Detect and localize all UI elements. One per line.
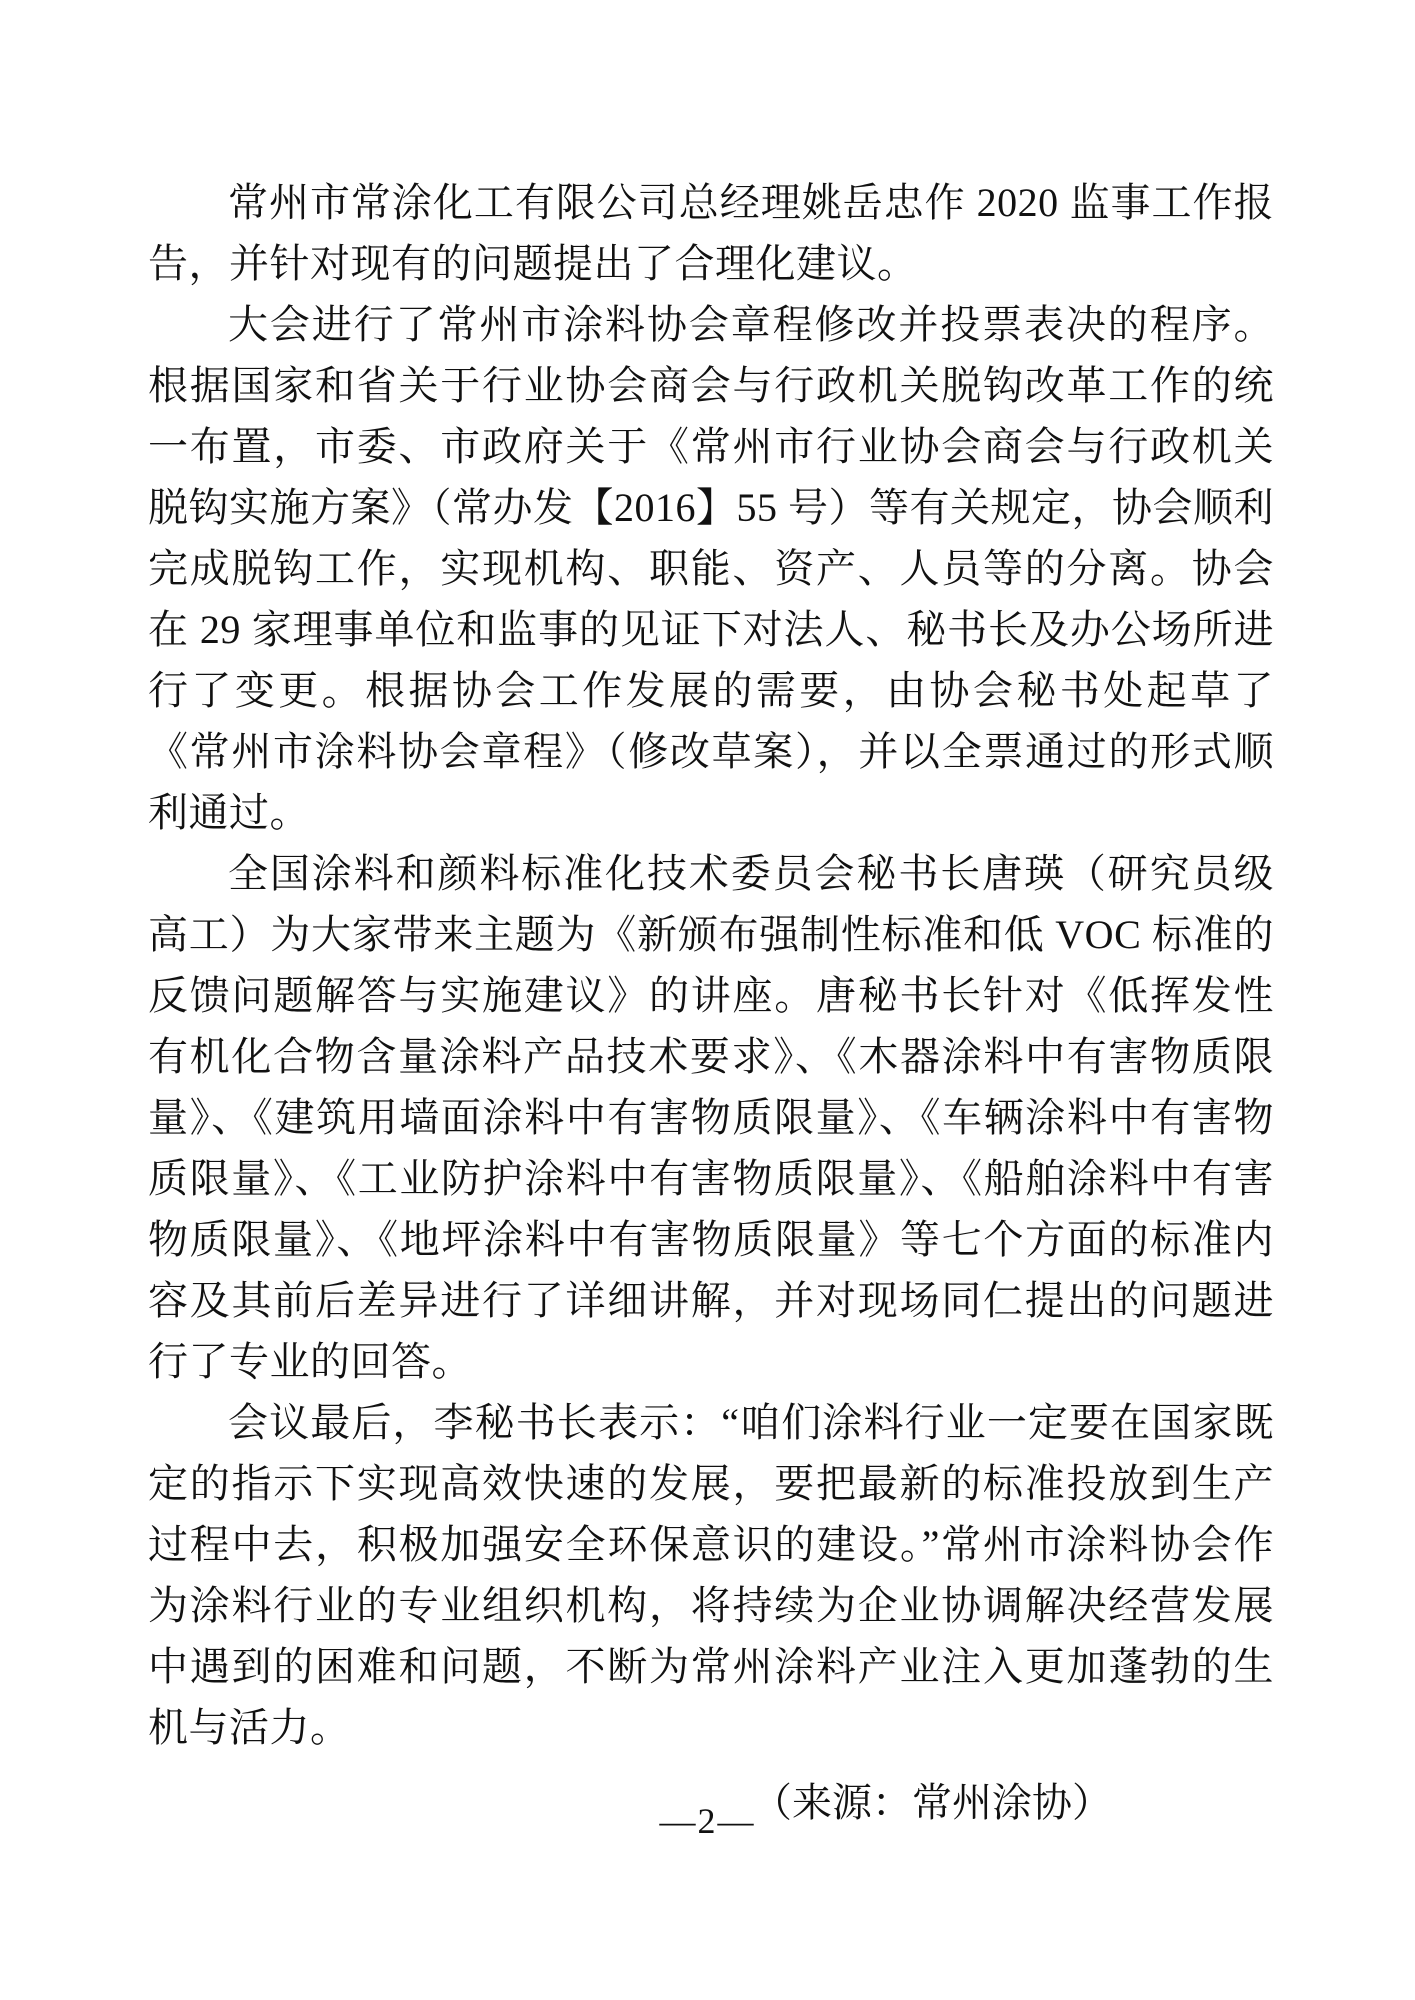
- document-page: 常州市常涂化工有限公司总经理姚岳忠作 2020 监事工作报告，并针对现有的问题提…: [0, 0, 1415, 2000]
- paragraph-closing-remarks: 会议最后，李秘书长表示：“咱们涂料行业一定要在国家既定的指示下实现高效快速的发展…: [148, 1392, 1274, 1758]
- document-body: 常州市常涂化工有限公司总经理姚岳忠作 2020 监事工作报告，并针对现有的问题提…: [148, 172, 1274, 1833]
- paragraph-charter-revision: 大会进行了常州市涂料协会章程修改并投票表决的程序。根据国家和省关于行业协会商会与…: [148, 294, 1274, 843]
- page-number: —2—: [660, 1801, 756, 1841]
- paragraph-standards-lecture: 全国涂料和颜料标准化技术委员会秘书长唐瑛（研究员级高工）为大家带来主题为《新颁布…: [148, 843, 1274, 1392]
- paragraph-supervisor-report: 常州市常涂化工有限公司总经理姚岳忠作 2020 监事工作报告，并针对现有的问题提…: [148, 172, 1274, 294]
- page-footer: —2—: [0, 1800, 1415, 1842]
